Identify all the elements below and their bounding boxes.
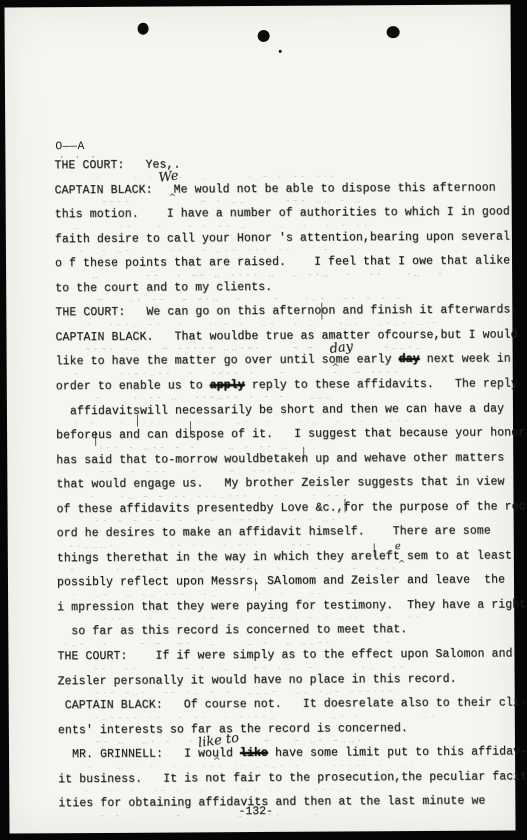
transcript-line: order to enable us to apply reply to the… [56,377,518,394]
transcript-line: of these affidavits presentedby Love &c.… [57,500,527,517]
line-text: THE COURT: We can go on this afternoon a… [55,304,517,320]
transcript-line: beforeus and can dispose of it. I sugges… [56,426,525,443]
hand-annotation: e [394,541,401,553]
punch-hole-mark [138,23,149,35]
line-text: i mpression that they were paying for te… [57,598,526,614]
line-text: that would engage us. My brother Zeisler… [56,476,504,492]
line-text: reply to these affidavits. The reply [245,377,518,392]
line-text: faith desire to call your Honor 's atten… [55,230,510,246]
page-number: -132- [238,805,273,818]
line-text: CAPTAIN BLACK: Of course not. It doesrel… [58,696,527,712]
line-text: of these affidavits presentedby Love &c.… [57,500,527,516]
line-text: affidavitswill necessarily be short and … [56,402,504,418]
transcript-line: has said that to-morrow wouldbetaken up … [56,451,504,468]
transcript-line: CAPTAIN BLACK: Of course not. It doesrel… [58,696,527,713]
struck-word: apply [210,379,245,392]
line-text: has said that to-morrow wouldbetaken up … [56,451,504,467]
transcript-line: faith desire to call your Honor 's atten… [55,230,510,247]
transcript-line: possibly reflect upon Messrs. SAlomom an… [57,574,505,591]
struck-word: day [399,353,420,366]
line-text: next week in [420,353,511,367]
corner-mark: O——A [55,140,85,153]
transcript-body: THE COURT: Yes,.CAPTAIN BLACK: Me would … [54,156,526,829]
line-text: THE COURT: If if were simply as to the e… [57,647,512,663]
line-text: like to have the matter go over until so… [56,354,399,369]
transcript-line: CAPTAIN BLACK. That wouldbe true as amat… [55,328,517,345]
line-text: CAPTAIN BLACK. That wouldbe true as amat… [55,328,517,344]
transcript-line: CAPTAIN BLACK: Me would not be able to d… [55,181,496,198]
line-text: it business. It is not fair to the prose… [58,770,527,786]
line-text: o f these points that are raised. I feel… [55,255,510,271]
transcript-line: so far as this record is concerned to me… [57,624,407,640]
caret-mark: ^ [213,757,221,767]
transcript-line: THE COURT: We can go on this afternoon a… [55,304,517,321]
transcript-line: that would engage us. My brother Zeisler… [56,476,504,493]
transcript-line: to the court and to my clients. [55,281,272,296]
transcript-line: o f these points that are raised. I feel… [55,255,510,272]
line-text: things therethat in the way in which the… [57,549,512,565]
transcript-line: things therethat in the way in which the… [57,549,512,566]
line-text: CAPTAIN BLACK: Me would not be able to d… [55,181,496,197]
line-text: so far as this record is concerned to me… [57,624,407,639]
transcript-line: Zeisler personally it would have no plac… [58,672,457,688]
caret-mark: ^ [398,560,406,570]
struck-word: like [240,747,268,760]
line-text: to the court and to my clients. [55,281,272,295]
line-text: have some limit put to this affidav- [268,746,527,761]
transcript-line: ord he desires to make an affidavit hims… [57,525,491,542]
line-text: ord he desires to make an affidavit hims… [57,525,491,541]
caret-mark: ^ [169,193,177,203]
transcript-line: i mpression that they were paying for te… [57,598,526,615]
transcript-line: MR. GRINNELL: I would like have some lim… [58,746,527,763]
line-text: this motion. I have a number of authorit… [55,206,510,222]
ink-speck [279,50,282,53]
line-text: beforeus and can dispose of it. I sugges… [56,426,525,442]
caret-mark: ^ [332,364,340,374]
transcript-line: it business. It is not fair to the prose… [58,770,527,787]
line-text: Zeisler personally it would have no plac… [58,672,457,687]
punch-hole-mark [387,26,400,38]
transcript-line: this motion. I have a number of authorit… [55,206,510,223]
punch-hole-mark [258,30,270,42]
scanned-document-page: O——A · · · THE COURT: Yes,.CAPTAIN BLACK… [4,4,515,833]
transcript-line: affidavitswill necessarily be short and … [56,402,504,419]
line-text: order to enable us to [56,379,210,393]
line-text: possibly reflect upon Messrs. SAlomom an… [57,574,505,590]
transcript-line: THE COURT: If if were simply as to the e… [57,647,512,664]
transcript-line: like to have the matter go over until so… [56,353,511,370]
film-background: O——A · · · THE COURT: Yes,.CAPTAIN BLACK… [0,0,527,840]
hand-annotation: We [158,168,180,185]
